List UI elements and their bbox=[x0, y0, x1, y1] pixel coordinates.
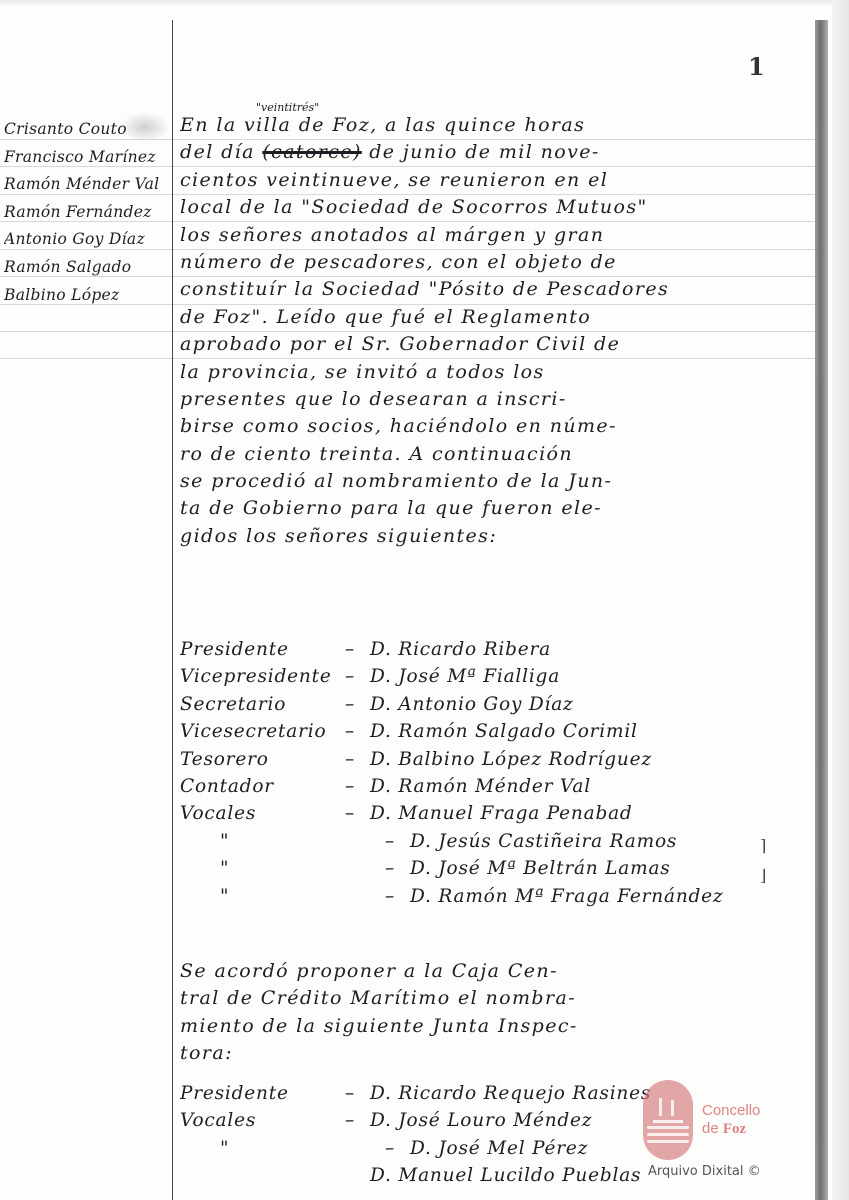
margin-attendee: Antonio Goy Díaz bbox=[4, 226, 170, 254]
minutes-line-with-correction: del día (catorce) de junio de mil nove- bbox=[180, 139, 810, 166]
minutes-line: la provincia, se invitó a todos los bbox=[180, 359, 810, 386]
margin-rule bbox=[172, 20, 173, 1200]
minutes-line: de Foz". Leído que fué el Reglamento bbox=[180, 304, 810, 331]
margin-attendee: Crisanto Couto bbox=[4, 116, 170, 144]
minutes-body: En la villa de Foz, a las quince horas d… bbox=[180, 112, 810, 550]
minutes-line: En la villa de Foz, a las quince horas bbox=[180, 112, 810, 139]
closing-line: tora: bbox=[180, 1040, 810, 1067]
bracket-mark: ⌉ bbox=[760, 836, 766, 855]
roster-role: Vicesecretario bbox=[180, 718, 330, 745]
roster-dash: – bbox=[370, 828, 410, 855]
roster-dash: – bbox=[330, 718, 370, 745]
roster-dash: – bbox=[330, 636, 370, 663]
foz-crest-icon bbox=[643, 1080, 693, 1160]
roster-ditto-mark: " bbox=[180, 855, 370, 882]
roster-name: D. Ramón Ménder Val bbox=[370, 773, 810, 800]
roster-name: D. Manuel Fraga Penabad bbox=[370, 800, 810, 827]
minutes-line: birse como socios, haciéndolo en núme- bbox=[180, 413, 810, 440]
watermark-line-1: Concello bbox=[702, 1102, 760, 1119]
roster-role: Tesorero bbox=[180, 746, 330, 773]
roster-dash: – bbox=[330, 746, 370, 773]
roster-name: D. José Mª Fialliga bbox=[370, 663, 810, 690]
roster-role: Vocales bbox=[180, 800, 330, 827]
minutes-line: se procedió al nombramiento de la Jun- bbox=[180, 468, 810, 495]
minutes-line: ro de ciento treinta. A continuación bbox=[180, 441, 810, 468]
bracket-mark: ⌋ bbox=[760, 866, 766, 885]
roster-dash bbox=[330, 1162, 370, 1189]
archive-copyright: Arquivo Dixital © bbox=[648, 1164, 761, 1179]
roster-row: Secretario – D. Antonio Goy Díaz bbox=[180, 691, 810, 718]
roster-ditto-mark: " bbox=[180, 1135, 370, 1162]
page-top-edge bbox=[0, 0, 849, 6]
minutes-line-prefix: del día bbox=[180, 141, 255, 163]
minutes-line: aprobado por el Sr. Gobernador Civil de bbox=[180, 331, 810, 358]
closing-line: Se acordó proponer a la Caja Cen- bbox=[180, 958, 810, 985]
minutes-line: número de pescadores, con el objeto de bbox=[180, 249, 810, 276]
roster-name: D. Ramón Mª Fraga Fernández bbox=[410, 883, 810, 910]
roster-dash: – bbox=[330, 1080, 370, 1107]
roster-row: " – D. Jesús Castiñeira Ramos bbox=[180, 828, 810, 855]
roster-ditto-mark: " bbox=[180, 883, 370, 910]
wave-icon bbox=[647, 1126, 689, 1129]
minutes-line-suffix: de junio de mil nove- bbox=[369, 141, 600, 163]
roster-role: Contador bbox=[180, 773, 330, 800]
roster-dash: – bbox=[330, 773, 370, 800]
minutes-line: local de la "Sociedad de Socorros Mutuos… bbox=[180, 194, 810, 221]
closing-line: miento de la siguiente Junta Inspec- bbox=[180, 1013, 810, 1040]
roster-role: Secretario bbox=[180, 691, 330, 718]
roster-role: Vicepresidente bbox=[180, 663, 330, 690]
wave-icon bbox=[647, 1140, 689, 1143]
minutes-line: ta de Gobierno para la que fueron ele- bbox=[180, 495, 810, 522]
roster-name: D. Ramón Salgado Corimil bbox=[370, 718, 810, 745]
minutes-line: constituír la Sociedad "Pósito de Pescad… bbox=[180, 276, 810, 303]
roster-row: Vicesecretario – D. Ramón Salgado Corimi… bbox=[180, 718, 810, 745]
struck-word: (catorce) bbox=[262, 141, 361, 163]
concello-de-foz-watermark: Concello de Foz Arquivo Dixital © bbox=[640, 1072, 800, 1200]
minutes-line: cientos veintinueve, se reunieron en el bbox=[180, 167, 810, 194]
watermark-prefix: de bbox=[702, 1120, 719, 1137]
margin-attendee-list: Crisanto Couto Francisco Marínez Ramón M… bbox=[4, 116, 170, 309]
watermark-place: Foz bbox=[723, 1121, 746, 1137]
roster-row: " – D. Ramón Mª Fraga Fernández bbox=[180, 883, 810, 910]
roster-name: D. Antonio Goy Díaz bbox=[370, 691, 810, 718]
ship-icon bbox=[653, 1098, 683, 1123]
margin-attendee: Ramón Ménder Val bbox=[4, 171, 170, 199]
roster-name: D. José Mª Beltrán Lamas bbox=[410, 855, 810, 882]
roster-dash: – bbox=[370, 855, 410, 882]
roster-dash: – bbox=[330, 800, 370, 827]
roster-name: D. Jesús Castiñeira Ramos bbox=[410, 828, 810, 855]
minutes-line: presentes que lo desearan a inscri- bbox=[180, 386, 810, 413]
margin-attendee: Ramón Salgado bbox=[4, 254, 170, 282]
roster-role: Presidente bbox=[180, 636, 330, 663]
minutes-line: gidos los señores siguientes: bbox=[180, 523, 810, 550]
wave-icon bbox=[647, 1133, 689, 1136]
watermark-line-2: de Foz bbox=[702, 1120, 746, 1138]
roster-dash: – bbox=[330, 1107, 370, 1134]
closing-line: tral de Crédito Marítimo el nombra- bbox=[180, 985, 810, 1012]
book-binding-shadow bbox=[815, 20, 828, 1200]
roster-row: " – D. José Mª Beltrán Lamas bbox=[180, 855, 810, 882]
closing-paragraph: Se acordó proponer a la Caja Cen- tral d… bbox=[180, 958, 810, 1068]
margin-attendee: Francisco Marínez bbox=[4, 144, 170, 172]
margin-attendee: Ramón Fernández bbox=[4, 199, 170, 227]
roster-dash: – bbox=[370, 1135, 410, 1162]
roster-role: Vocales bbox=[180, 1107, 330, 1134]
minutes-line: los señores anotados al márgen y gran bbox=[180, 222, 810, 249]
roster-row: Vicepresidente – D. José Mª Fialliga bbox=[180, 663, 810, 690]
margin-attendee: Balbino López bbox=[4, 282, 170, 310]
roster-name: D. Ricardo Ribera bbox=[370, 636, 810, 663]
junta-gobierno-roster: Presidente – D. Ricardo Ribera Vicepresi… bbox=[180, 636, 810, 910]
roster-row: Tesorero – D. Balbino López Rodríguez bbox=[180, 746, 810, 773]
roster-role bbox=[180, 1162, 330, 1189]
roster-dash: – bbox=[370, 883, 410, 910]
page-binding-edge bbox=[832, 0, 849, 1200]
roster-role: Presidente bbox=[180, 1080, 330, 1107]
roster-name: D. Balbino López Rodríguez bbox=[370, 746, 810, 773]
roster-row: Contador – D. Ramón Ménder Val bbox=[180, 773, 810, 800]
roster-dash: – bbox=[330, 663, 370, 690]
roster-ditto-mark: " bbox=[180, 828, 370, 855]
roster-dash: – bbox=[330, 691, 370, 718]
roster-row: Presidente – D. Ricardo Ribera bbox=[180, 636, 810, 663]
page-number: 1 bbox=[748, 52, 765, 81]
scanned-document-page: 1 Crisanto Couto Francisco Marínez Ramón… bbox=[0, 0, 849, 1200]
roster-row: Vocales – D. Manuel Fraga Penabad bbox=[180, 800, 810, 827]
